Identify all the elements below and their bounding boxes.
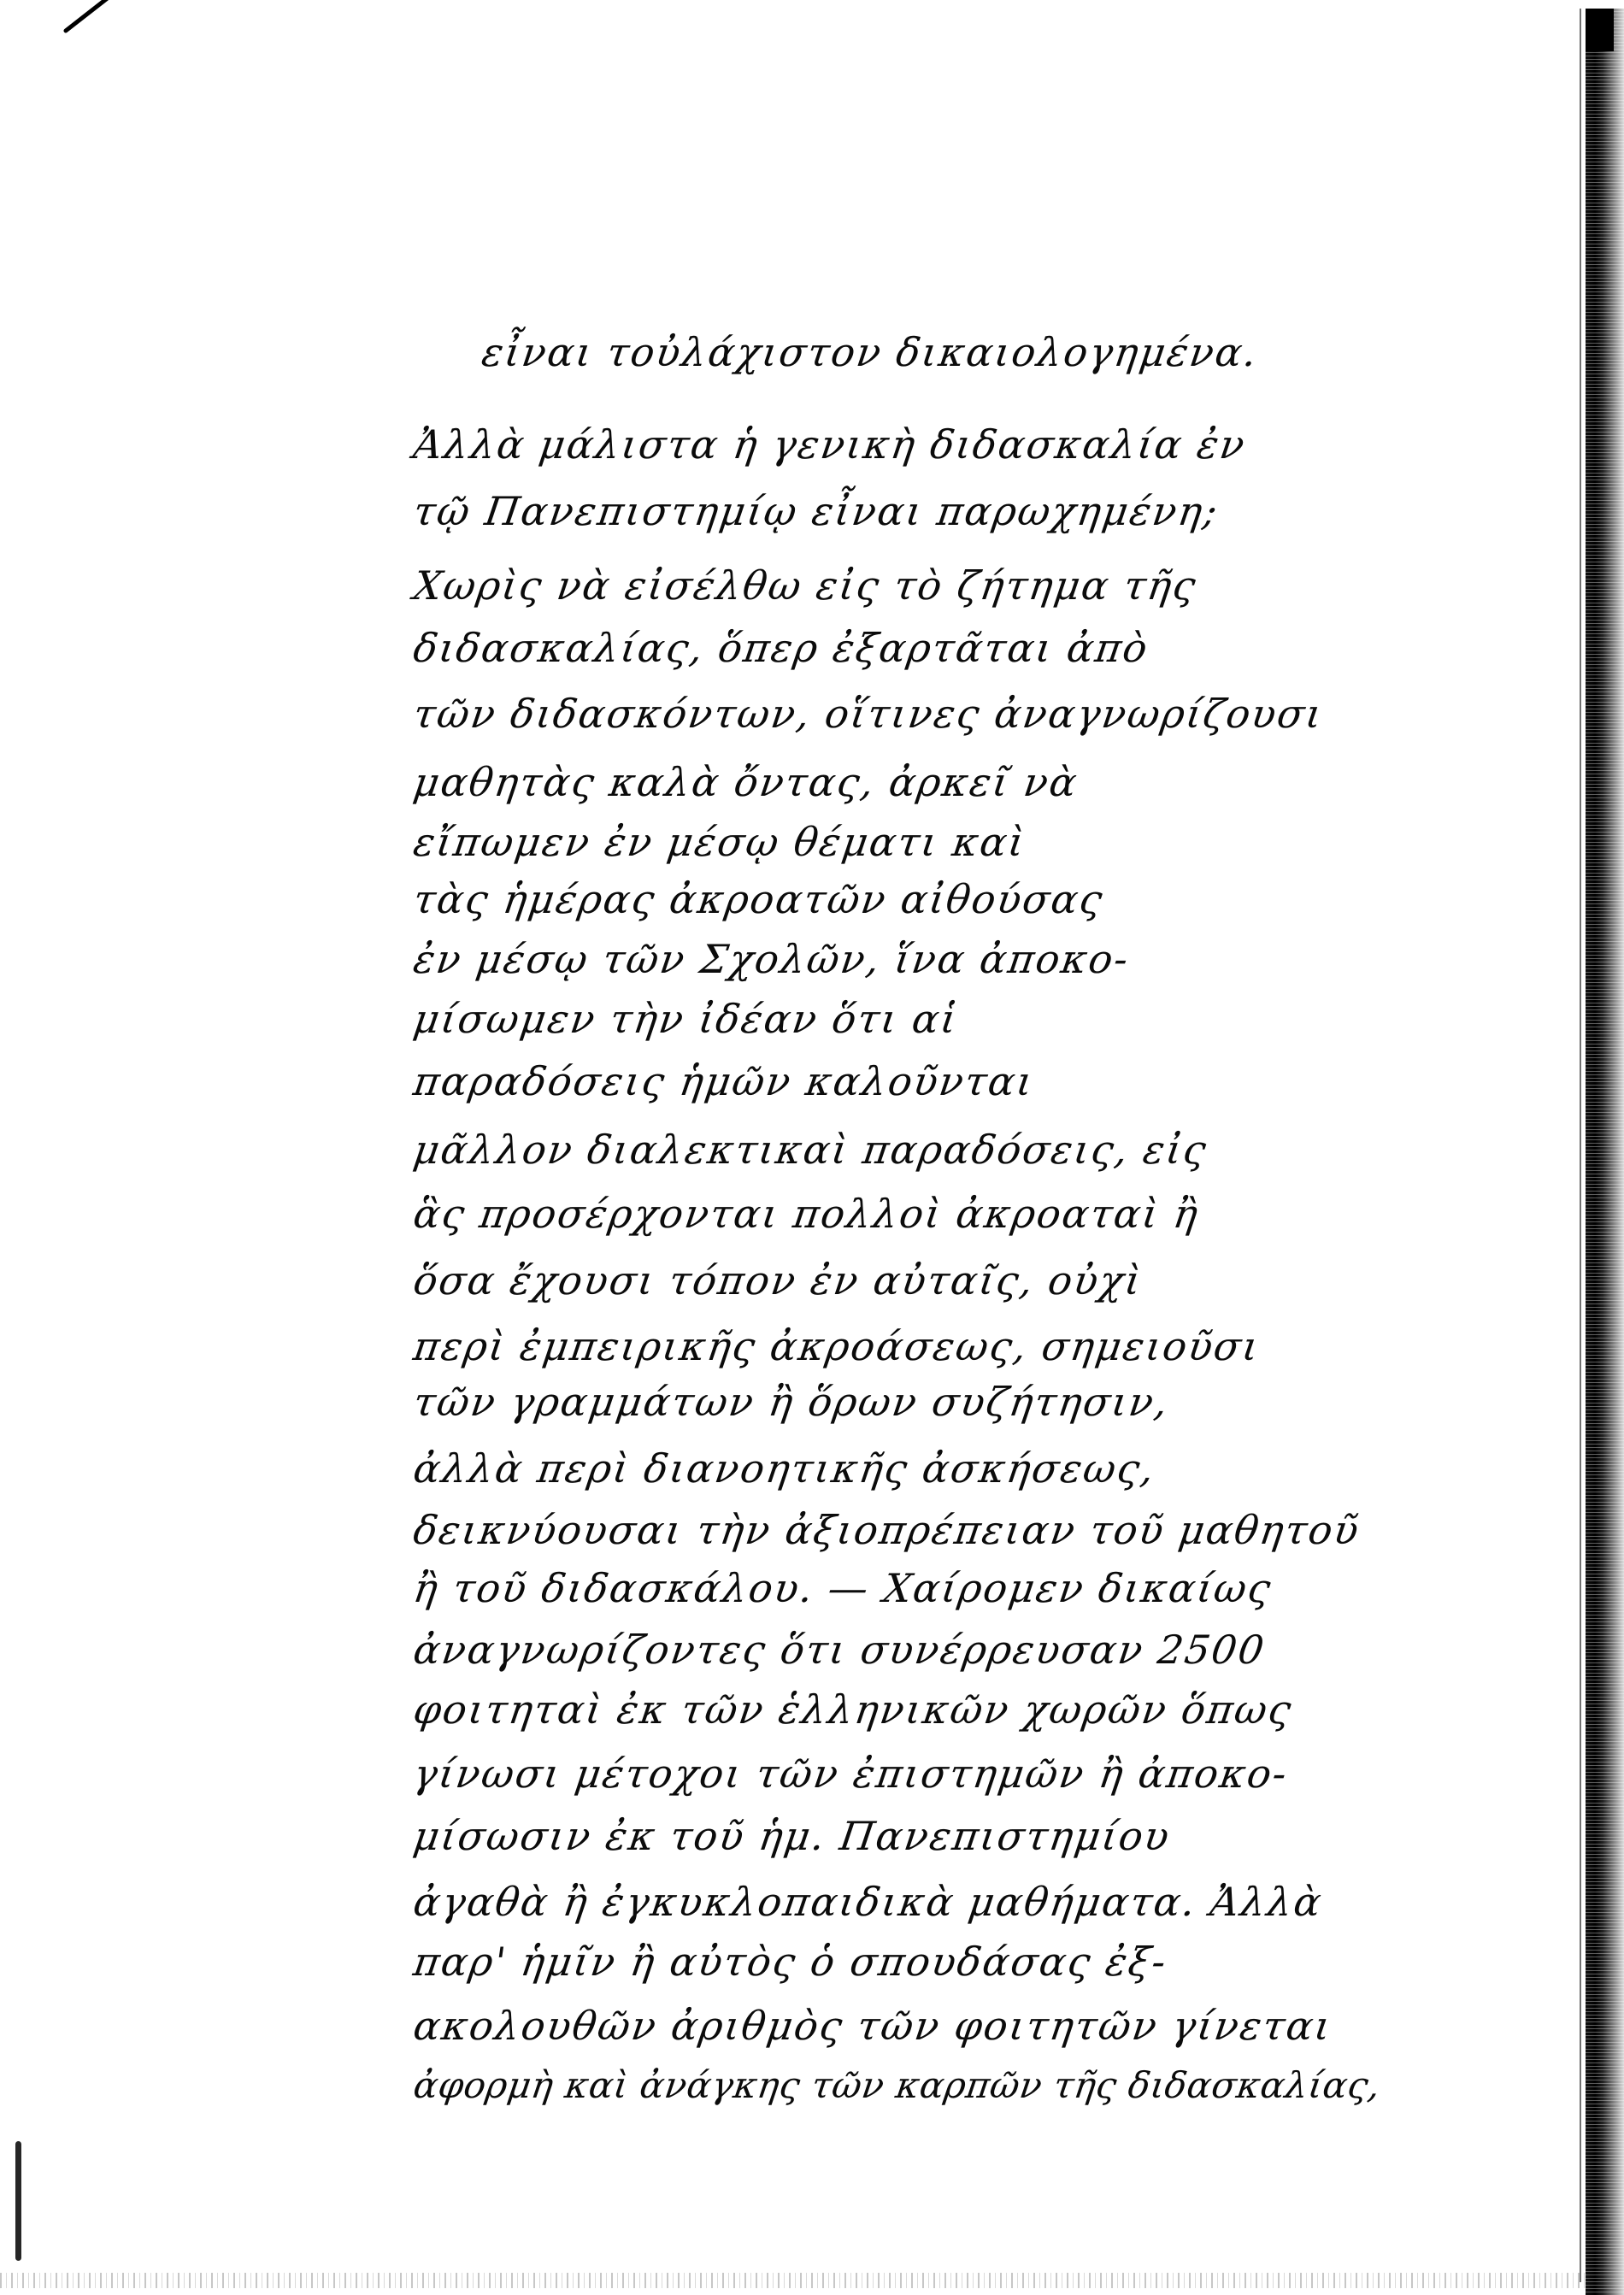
manuscript-line: γίνωσι μέτοχοι τῶν ἐπιστημῶν ἢ ἀποκο-	[410, 1748, 1528, 1799]
manuscript-line: τῶν γραμμάτων ἢ ὅρων συζήτησιν,	[410, 1376, 1528, 1427]
manuscript-line: ἀφορμὴ καὶ ἀνάγκης τῶν καρπῶν τῆς διδασκ…	[410, 2060, 1528, 2111]
manuscript-line: δεικνύουσαι τὴν ἀξιοπρέπειαν τοῦ μαθητοῦ	[410, 1504, 1528, 1556]
manuscript-line: παραδόσεις ἡμῶν καλοῦνται	[410, 1056, 1528, 1107]
manuscript-line: Χωρὶς νὰ εἰσέλθω εἰς τὸ ζήτημα τῆς	[410, 560, 1528, 611]
manuscript-line: εἶναι τοὐλάχιστον δικαιολογημένα.	[479, 327, 1597, 378]
manuscript-line: ὅσα ἔχουσι τόπον ἐν αὐταῖς, οὐχὶ	[410, 1255, 1528, 1306]
manuscript-line: μαθητὰς καλὰ ὄντας, ἀρκεῖ νὰ	[410, 756, 1528, 808]
manuscript-line: ἀλλὰ περὶ διανοητικῆς ἀσκήσεως,	[410, 1443, 1528, 1494]
manuscript-line: μίσωμεν τὴν ἰδέαν ὅτι αἱ	[410, 993, 1528, 1045]
manuscript-line: τῶν διδασκόντων, οἵτινες ἀναγνωρίζουσι	[410, 688, 1528, 739]
manuscript-line: τὰς ἡμέρας ἀκροατῶν αἰθούσας	[410, 874, 1528, 925]
manuscript-line: φοιτηταὶ ἐκ τῶν ἑλληνικῶν χωρῶν ὅπως	[410, 1684, 1528, 1735]
manuscript-line: μᾶλλον διαλεκτικαὶ παραδόσεις, εἰς	[410, 1124, 1528, 1175]
manuscript-line: τῷ Πανεπιστημίῳ εἶναι παρωχημένη;	[410, 485, 1528, 537]
handwritten-text-block: εἶναι τοὐλάχιστον δικαιολογημένα. Ἀλλὰ μ…	[0, 0, 1624, 2295]
manuscript-page: εἶναι τοὐλάχιστον δικαιολογημένα. Ἀλλὰ μ…	[0, 0, 1624, 2295]
manuscript-line: παρ' ἡμῖν ἢ αὐτὸς ὁ σπουδάσας ἐξ-	[410, 1936, 1528, 1987]
manuscript-line: ἀγαθὰ ἢ ἐγκυκλοπαιδικὰ μαθήματα. Ἀλλὰ	[410, 1876, 1528, 1927]
manuscript-line: περὶ ἐμπειρικῆς ἀκροάσεως, σημειοῦσι	[410, 1321, 1528, 1372]
manuscript-line: Ἀλλὰ μάλιστα ἡ γενικὴ διδασκαλία ἐν	[410, 419, 1528, 470]
manuscript-line: διδασκαλίας, ὅπερ ἐξαρτᾶται ἀπὸ	[410, 622, 1528, 674]
manuscript-line: ἢ τοῦ διδασκάλου. — Χαίρομεν δικαίως	[410, 1562, 1528, 1614]
manuscript-line: ακολουθῶν ἀριθμὸς τῶν φοιτητῶν γίνεται	[410, 2000, 1528, 2051]
manuscript-line: ἐν μέσῳ τῶν Σχολῶν, ἵνα ἀποκο-	[410, 933, 1528, 985]
manuscript-line: ἃς προσέρχονται πολλοὶ ἀκροαταὶ ἢ	[410, 1188, 1528, 1239]
manuscript-line: μίσωσιν ἐκ τοῦ ἡμ. Πανεπιστημίου	[410, 1810, 1528, 1862]
manuscript-line: ἀναγνωρίζοντες ὅτι συνέρρευσαν 2500	[410, 1624, 1528, 1675]
manuscript-line: εἴπωμεν ἐν μέσῳ θέματι καὶ	[410, 816, 1528, 868]
